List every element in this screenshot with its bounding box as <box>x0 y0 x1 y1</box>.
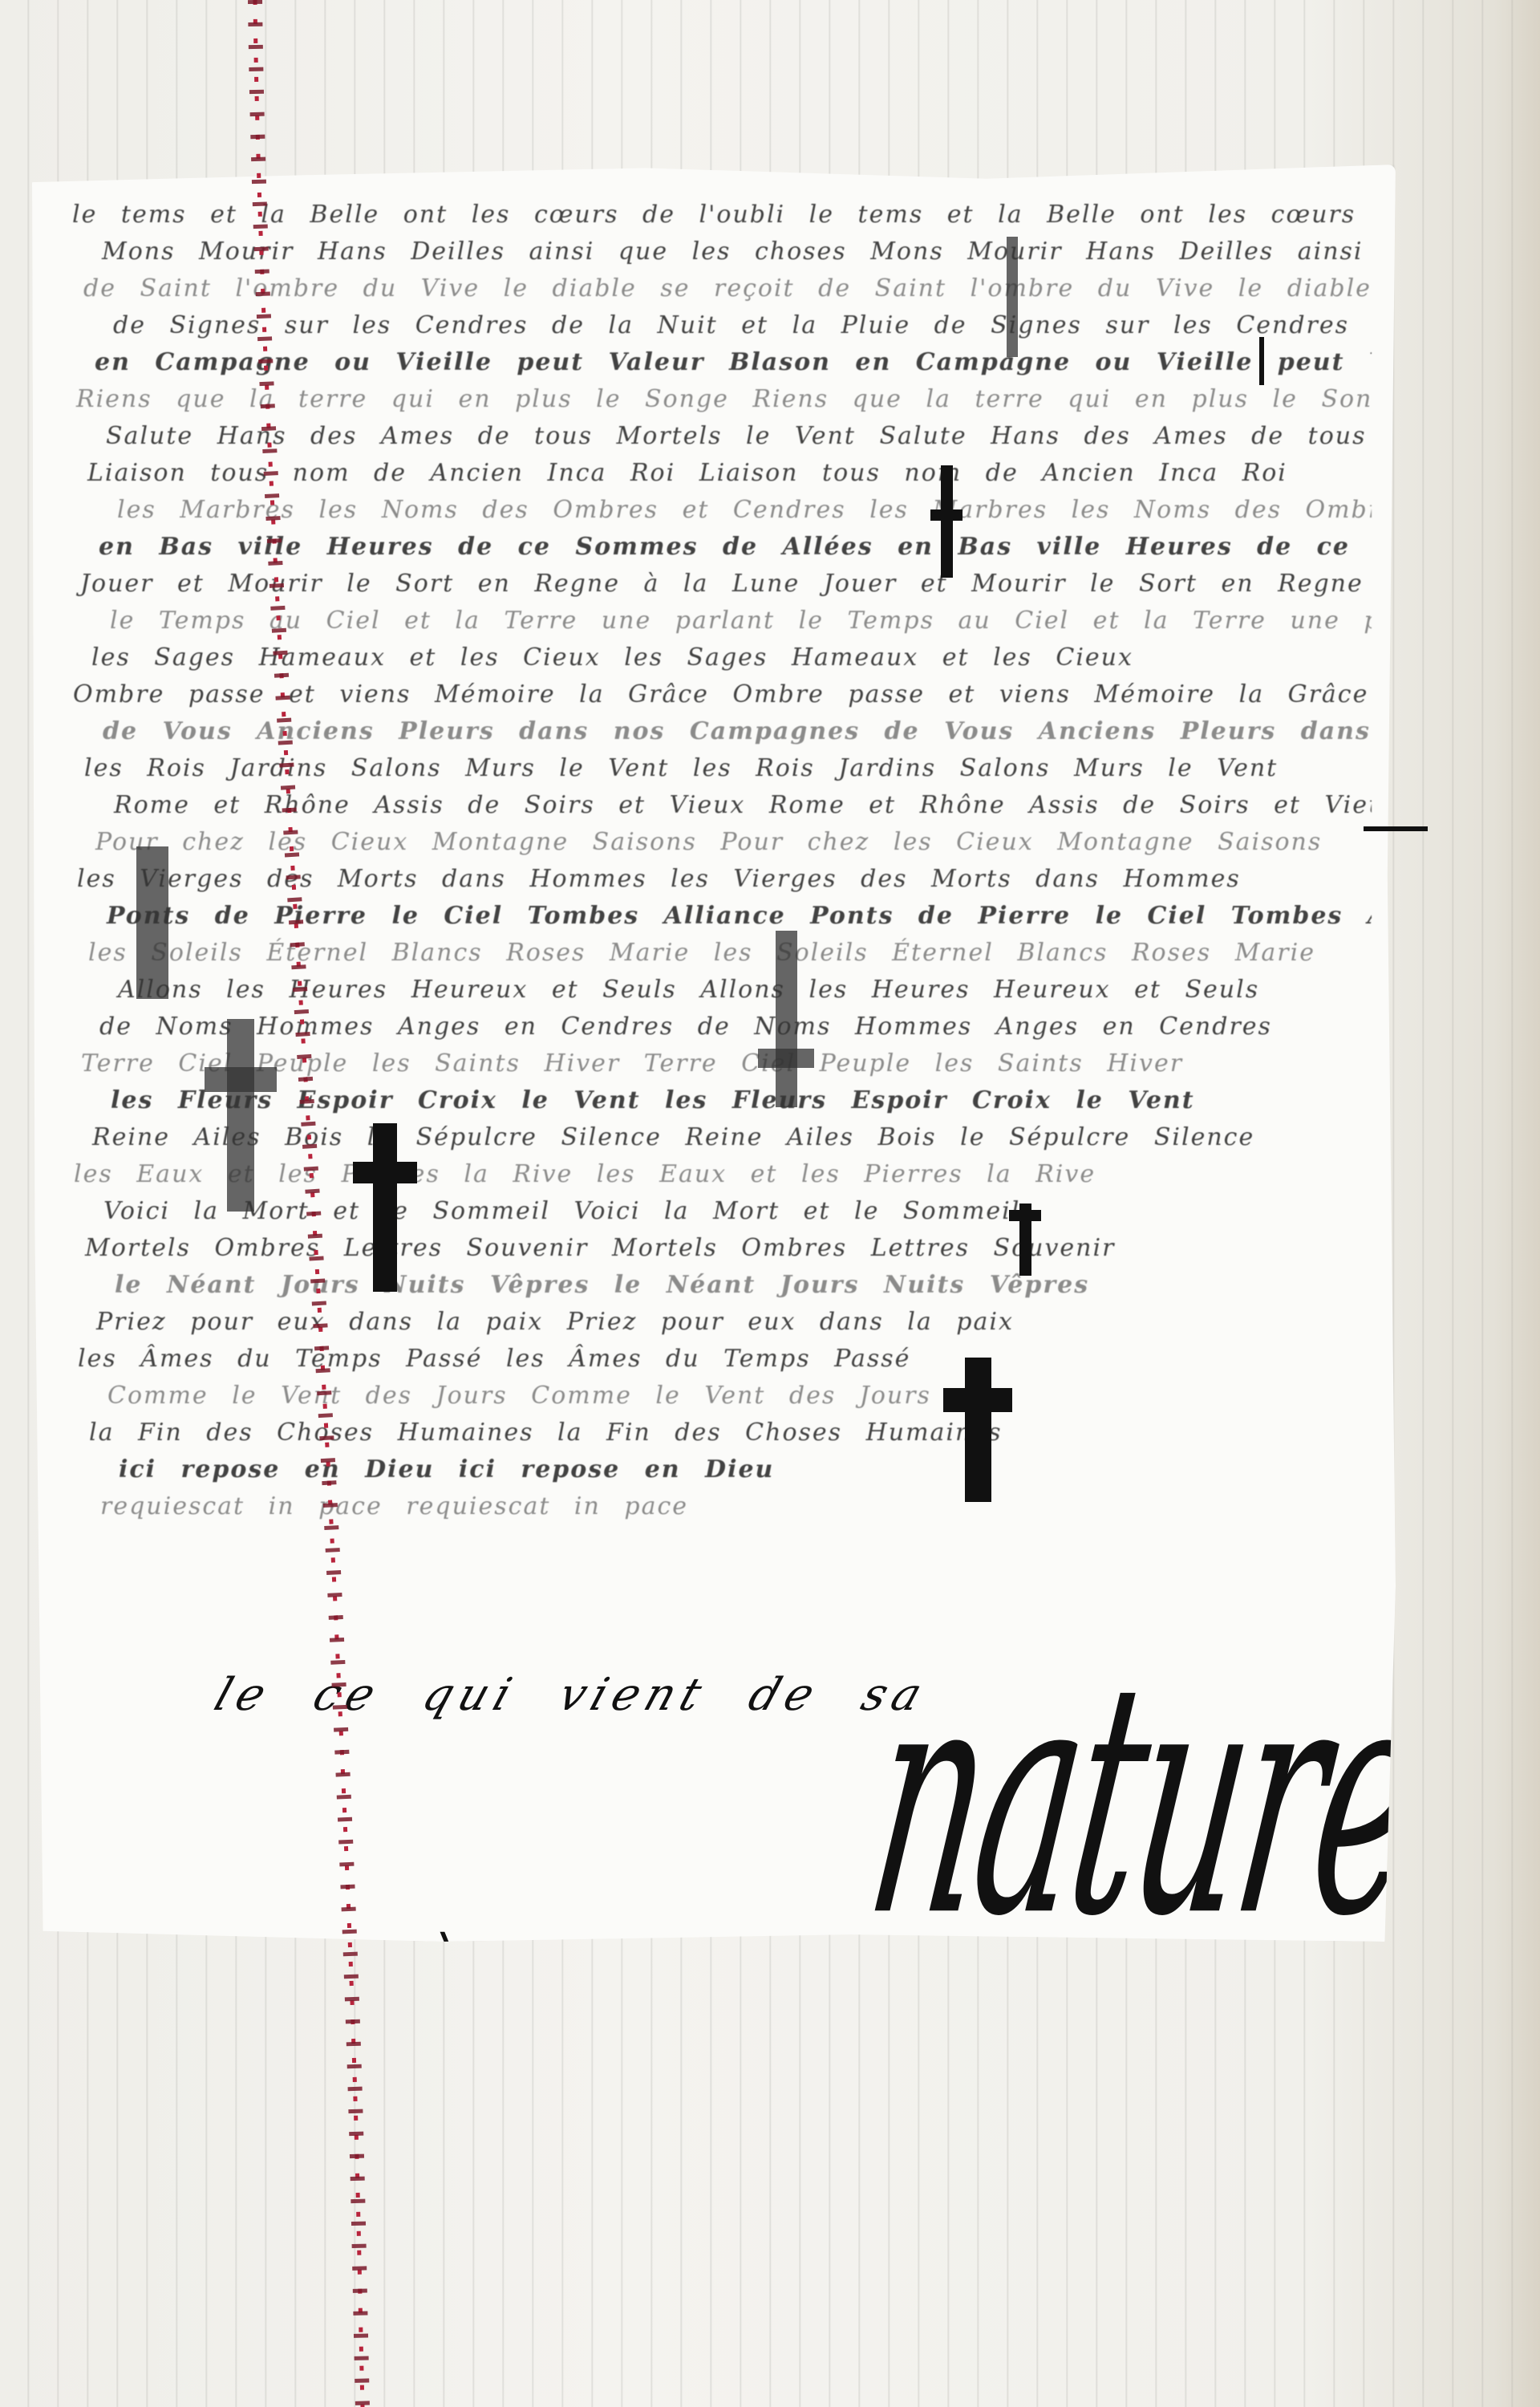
handwriting-line: Jouer et Mourir le Sort en Regne à la Lu… <box>80 566 1372 603</box>
handwriting-line: les Vierges des Morts dans Hommes les Vi… <box>77 861 1372 898</box>
handwriting-line: Mortels Ombres Lettres Souvenir Mortels … <box>85 1230 1372 1267</box>
handwriting-line: le Néant Jours Nuits Vêpres le Néant Jou… <box>115 1267 1372 1304</box>
cross-icon <box>930 465 962 578</box>
handwriting-line: de Vous Anciens Pleurs dans nos Campagne… <box>103 713 1372 750</box>
handwriting-line: les Fleurs Espoir Croix le Vent les Fleu… <box>111 1082 1372 1119</box>
handwriting-line: Allons les Heures Heureux et Seuls Allon… <box>118 972 1372 1009</box>
handwriting-line: Comme le Vent des Jours Comme le Vent de… <box>107 1378 1372 1415</box>
handwriting-line: Ponts de Pierre le Ciel Tombes Alliance … <box>107 898 1372 935</box>
handwriting-line: requiescat in pace requiescat in pace <box>100 1488 1372 1525</box>
handwriting-line: de Signes sur les Cendres de la Nuit et … <box>113 307 1372 344</box>
handwriting-line: la Fin des Choses Humaines la Fin des Ch… <box>89 1415 1372 1451</box>
script-word-mirrored: inoccupée <box>266 1930 544 1989</box>
cross-icon <box>1259 337 1264 385</box>
handwriting-line: de Noms Hommes Anges en Cendres de Noms … <box>99 1009 1372 1045</box>
cross-icon <box>1364 826 1428 831</box>
handwriting-line: de Saint l'ombre du Vive le diable se re… <box>83 270 1372 307</box>
handwriting-line: en Bas ville Heures de ce Sommes de Allé… <box>99 529 1372 566</box>
handwriting-line: Rome et Rhône Assis de Soirs et Vieux Ro… <box>114 787 1372 824</box>
handwriting-line: Voici la Mort et le Sommeil Voici la Mor… <box>103 1193 1372 1230</box>
handwriting-line: en Campagne ou Vieille peut Valeur Blaso… <box>95 344 1372 381</box>
handwriting-line: les Rois Jardins Salons Murs le Vent les… <box>84 750 1372 787</box>
cross-icon <box>205 1019 277 1212</box>
handwriting-line: les Marbres les Noms des Ombres et Cendr… <box>117 492 1372 529</box>
script-phrase: le ce qui vient de sa <box>208 1669 934 1721</box>
handwriting-line: Ombre passe et viens Mémoire la Grâce Om… <box>73 676 1372 713</box>
handwriting-line: les Âmes du Temps Passé les Âmes du Temp… <box>78 1341 1372 1378</box>
handwriting-line: ici repose en Dieu ici repose en Dieu <box>119 1451 1372 1488</box>
cross-icon <box>1009 1203 1041 1276</box>
handwriting-line: Salute Hans des Ames de tous Mortels le … <box>106 418 1372 455</box>
handwriting-line: le Temps au Ciel et la Terre une parlant… <box>110 603 1372 639</box>
handwriting-line: Priez pour eux dans la paix Priez pour e… <box>96 1304 1372 1341</box>
handwriting-line: le tems et la Belle ont les cœurs de l'o… <box>72 197 1372 233</box>
garment-photo: le tems et la Belle ont les cœurs de l'o… <box>0 0 1540 2407</box>
handwriting-line: Liaison tous nom de Ancien Inca Roi Liai… <box>87 455 1372 492</box>
cross-icon <box>943 1358 1012 1502</box>
script-word-large: nature <box>857 1641 1435 1961</box>
cross-icon <box>136 846 168 999</box>
handwriting-line: Reine Ailes Bois le Sépulcre Silence Rei… <box>92 1119 1372 1156</box>
handwriting-line: Pour chez les Cieux Montagne Saisons Pou… <box>95 824 1372 861</box>
cross-icon <box>1007 237 1018 357</box>
handwriting-print: le tems et la Belle ont les cœurs de l'o… <box>72 197 1372 1585</box>
handwriting-line: les Sages Hameaux et les Cieux les Sages… <box>91 639 1372 676</box>
handwriting-line: Riens que la terre qui en plus le Songe … <box>76 381 1372 418</box>
handwriting-line: les Soleils Éternel Blancs Roses Marie l… <box>88 935 1372 972</box>
cross-icon <box>758 931 814 1107</box>
cross-icon <box>353 1123 417 1292</box>
handwriting-line: Mons Mourir Hans Deilles ainsi que les c… <box>102 233 1372 270</box>
